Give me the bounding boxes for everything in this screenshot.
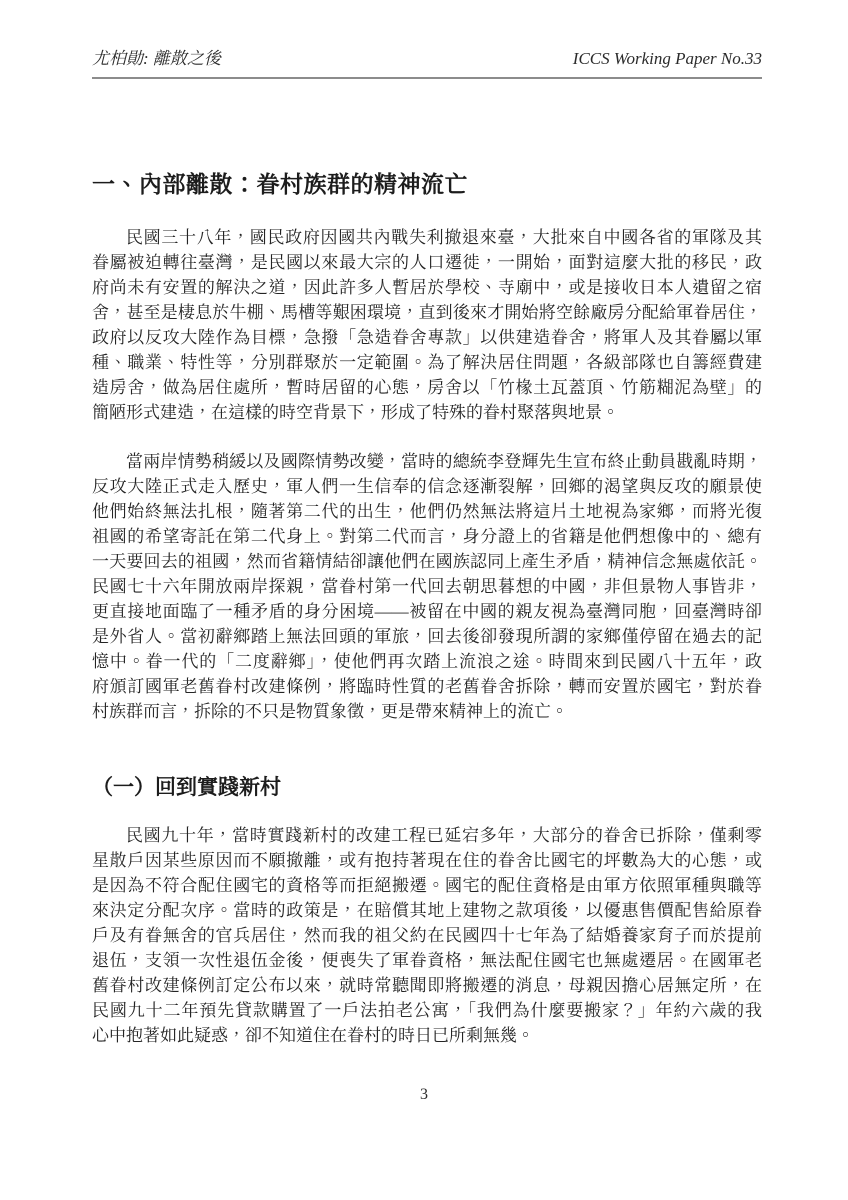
text-line: 更直接地面臨了一種矛盾的身分困境——被留在中國的親友視為臺灣同胞，回臺灣時卻	[92, 599, 762, 624]
text-line: 舍，甚至是棲息於牛棚、馬槽等艱困環境，直到後來才開始將空餘廠房分配給軍眷居住，	[92, 300, 762, 325]
text-line: 民國九十年，當時實踐新村的改建工程已延宕多年，大部分的眷舍已拆除，僅剩零	[92, 823, 762, 848]
text-line: 祖國的希望寄託在第二代身上。對第二代而言，身分證上的省籍是他們想像中的、總有	[92, 524, 762, 549]
text-line: 當兩岸情勢稍緩以及國際情勢改變，當時的總統李登輝先生宣布終止動員戡亂時期，	[92, 449, 762, 474]
text-line: 府頒訂國軍老舊眷村改建條例，將臨時性質的老舊眷舍拆除，轉而安置於國宅，對於眷	[92, 674, 762, 699]
text-line: 村族群而言，拆除的不只是物質象徵，更是帶來精神上的流亡。	[92, 699, 762, 724]
text-line: 是因為不符合配住國宅的資格等而拒絕搬遷。國宅的配住資格是由軍方依照軍種與職等	[92, 873, 762, 898]
paper-page: 尤柏勛: 離散之後 ICCS Working Paper No.33 一、內部離…	[0, 0, 848, 1200]
page-content: 一、內部離散：眷村族群的精神流亡 民國三十八年，國民政府因國共內戰失利撤退來臺，…	[92, 0, 762, 1048]
paragraph-2: 當兩岸情勢稍緩以及國際情勢改變，當時的總統李登輝先生宣布終止動員戡亂時期，反攻大…	[92, 449, 762, 724]
text-line: 退伍，支領一次性退伍金後，便喪失了軍眷資格，無法配住國宅也無處遷居。在國軍老	[92, 948, 762, 973]
text-line: 他們始終無法扎根，隨著第二代的出生，他們仍然無法將這片土地視為家鄉，而將光復	[92, 499, 762, 524]
paragraph-1: 民國三十八年，國民政府因國共內戰失利撤退來臺，大批來自中國各省的軍隊及其眷屬被迫…	[92, 225, 762, 425]
text-line: 來決定分配次序。當時的政策是，在賠償其地上建物之款項後，以優惠售價配售給原眷	[92, 898, 762, 923]
paragraph-3: 民國九十年，當時實踐新村的改建工程已延宕多年，大部分的眷舍已拆除，僅剩零星散戶因…	[92, 823, 762, 1048]
text-line: 民國三十八年，國民政府因國共內戰失利撤退來臺，大批來自中國各省的軍隊及其	[92, 225, 762, 250]
page-number: 3	[0, 1086, 848, 1104]
text-line: 種、職業、特性等，分別群聚於一定範圍。為了解決居住問題，各級部隊也自籌經費建	[92, 350, 762, 375]
text-line: 是外省人。當初辭鄉踏上無法回頭的軍旅，回去後卻發現所謂的家鄉僅停留在過去的記	[92, 624, 762, 649]
subsection-heading: （一）回到實踐新村	[92, 775, 762, 801]
text-line: 心中抱著如此疑惑，卻不知道住在眷村的時日已所剩無幾。	[92, 1023, 762, 1048]
text-line: 星散戶因某些原因而不願撤離，或有抱持著現在住的眷舍比國宅的坪數為大的心態，或	[92, 848, 762, 873]
text-line: 政府以反攻大陸作為目標，急撥「急造眷舍專款」以供建造眷舍，將軍人及其眷屬以軍	[92, 325, 762, 350]
text-line: 舊眷村改建條例訂定公布以來，就時常聽聞即將搬遷的消息，母親因擔心居無定所，在	[92, 973, 762, 998]
text-line: 一天要回去的祖國，然而省籍情結卻讓他們在國族認同上產生矛盾，精神信念無處依託。	[92, 549, 762, 574]
section-heading: 一、內部離散：眷村族群的精神流亡	[92, 170, 762, 198]
text-line: 造房舍，做為居住處所，暫時居留的心態，房舍以「竹椽土瓦蓋頂、竹筋糊泥為壁」的	[92, 375, 762, 400]
text-line: 眷屬被迫轉往臺灣，是民國以來最大宗的人口遷徙，一開始，面對這麼大批的移民，政	[92, 250, 762, 275]
text-line: 戶及有眷無舍的官兵居住，然而我的祖父約在民國四十七年為了結婚養家育子而於提前	[92, 923, 762, 948]
text-line: 反攻大陸正式走入歷史，軍人們一生信奉的信念逐漸裂解，回鄉的渴望與反攻的願景使	[92, 474, 762, 499]
text-line: 民國七十六年開放兩岸探親，當眷村第一代回去朝思暮想的中國，非但景物人事皆非，	[92, 574, 762, 599]
text-line: 府尚未有安置的解決之道，因此許多人暫居於學校、寺廟中，或是接收日本人遺留之宿	[92, 275, 762, 300]
text-line: 憶中。眷一代的「二度辭鄉」，使他們再次踏上流浪之途。時間來到民國八十五年，政	[92, 649, 762, 674]
text-line: 簡陋形式建造，在這樣的時空背景下，形成了特殊的眷村聚落與地景。	[92, 400, 762, 425]
text-line: 民國九十二年預先貸款購置了一戶法拍老公寓，「我們為什麼要搬家？」年約六歲的我	[92, 998, 762, 1023]
